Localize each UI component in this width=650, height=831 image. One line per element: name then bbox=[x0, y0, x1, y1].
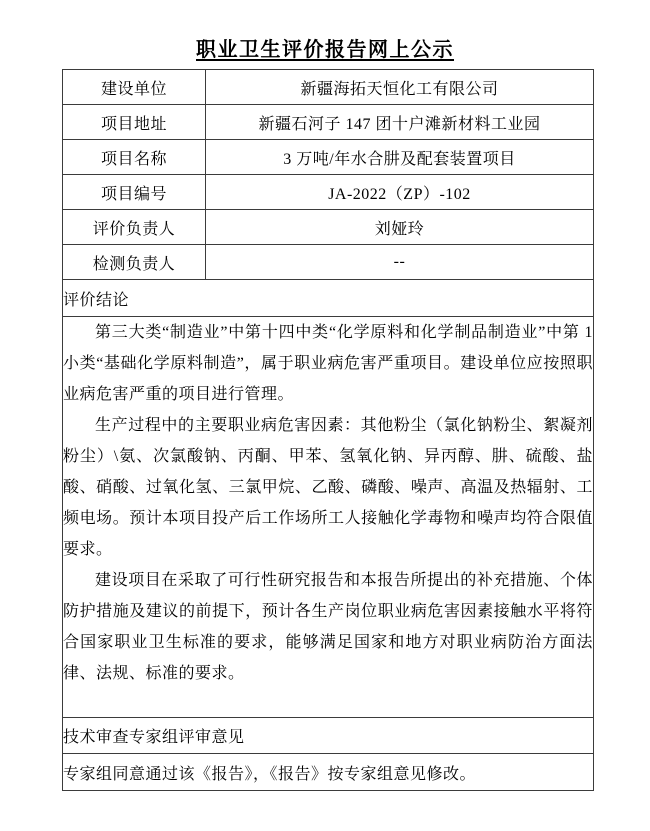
table-row-evaluation-leader: 评价负责人 刘娅玲 bbox=[63, 210, 594, 245]
document-page: 职业卫生评价报告网上公示 建设单位 新疆海拓天恒化工有限公司 项目地址 新疆石河… bbox=[0, 0, 650, 831]
row-label: 项目名称 bbox=[63, 140, 206, 175]
conclusion-paragraph: 建设项目在采取了可行性研究报告和本报告所提出的补充措施、个体防护措施及建议的前提… bbox=[63, 565, 593, 689]
table-row-conclusion-body: 第三大类“制造业”中第十四中类“化学原料和化学制品制造业”中第 1 小类“基础化… bbox=[63, 317, 594, 718]
table-row-expert-header: 技术审查专家组评审意见 bbox=[63, 718, 594, 754]
table-row-project-number: 项目编号 JA-2022（ZP）-102 bbox=[63, 175, 594, 210]
table-row-project-name: 项目名称 3 万吨/年水合肼及配套装置项目 bbox=[63, 140, 594, 175]
table-row-expert-opinion: 专家组同意通过该《报告》，《报告》按专家组意见修改。 bbox=[63, 754, 594, 791]
table-row-testing-leader: 检测负责人 -- bbox=[63, 245, 594, 280]
conclusion-paragraph: 第三大类“制造业”中第十四中类“化学原料和化学制品制造业”中第 1 小类“基础化… bbox=[63, 317, 593, 410]
expert-opinion-cell: 专家组同意通过该《报告》，《报告》按专家组意见修改。 bbox=[63, 754, 594, 791]
table-row-construction-unit: 建设单位 新疆海拓天恒化工有限公司 bbox=[63, 70, 594, 105]
row-label: 项目编号 bbox=[63, 175, 206, 210]
row-label: 建设单位 bbox=[63, 70, 206, 105]
expert-review-header-cell: 技术审查专家组评审意见 bbox=[63, 718, 594, 754]
row-label: 项目地址 bbox=[63, 105, 206, 140]
table-row-conclusion-header: 评价结论 bbox=[63, 280, 594, 317]
conclusion-body-cell: 第三大类“制造业”中第十四中类“化学原料和化学制品制造业”中第 1 小类“基础化… bbox=[63, 317, 594, 718]
row-value: 新疆石河子 147 团十户滩新材料工业园 bbox=[206, 105, 594, 140]
row-value: 3 万吨/年水合肼及配套装置项目 bbox=[206, 140, 594, 175]
row-value: 新疆海拓天恒化工有限公司 bbox=[206, 70, 594, 105]
row-value: -- bbox=[206, 245, 594, 280]
row-label: 评价负责人 bbox=[63, 210, 206, 245]
row-value: JA-2022（ZP）-102 bbox=[206, 175, 594, 210]
table-row-project-address: 项目地址 新疆石河子 147 团十户滩新材料工业园 bbox=[63, 105, 594, 140]
conclusion-header-cell: 评价结论 bbox=[63, 280, 594, 317]
row-value: 刘娅玲 bbox=[206, 210, 594, 245]
row-label: 检测负责人 bbox=[63, 245, 206, 280]
conclusion-paragraph: 生产过程中的主要职业病危害因素：其他粉尘（氯化钠粉尘、絮凝剂粉尘）\氨、次氯酸钠… bbox=[63, 410, 593, 565]
report-table: 建设单位 新疆海拓天恒化工有限公司 项目地址 新疆石河子 147 团十户滩新材料… bbox=[62, 69, 594, 791]
page-title: 职业卫生评价报告网上公示 bbox=[0, 33, 650, 62]
